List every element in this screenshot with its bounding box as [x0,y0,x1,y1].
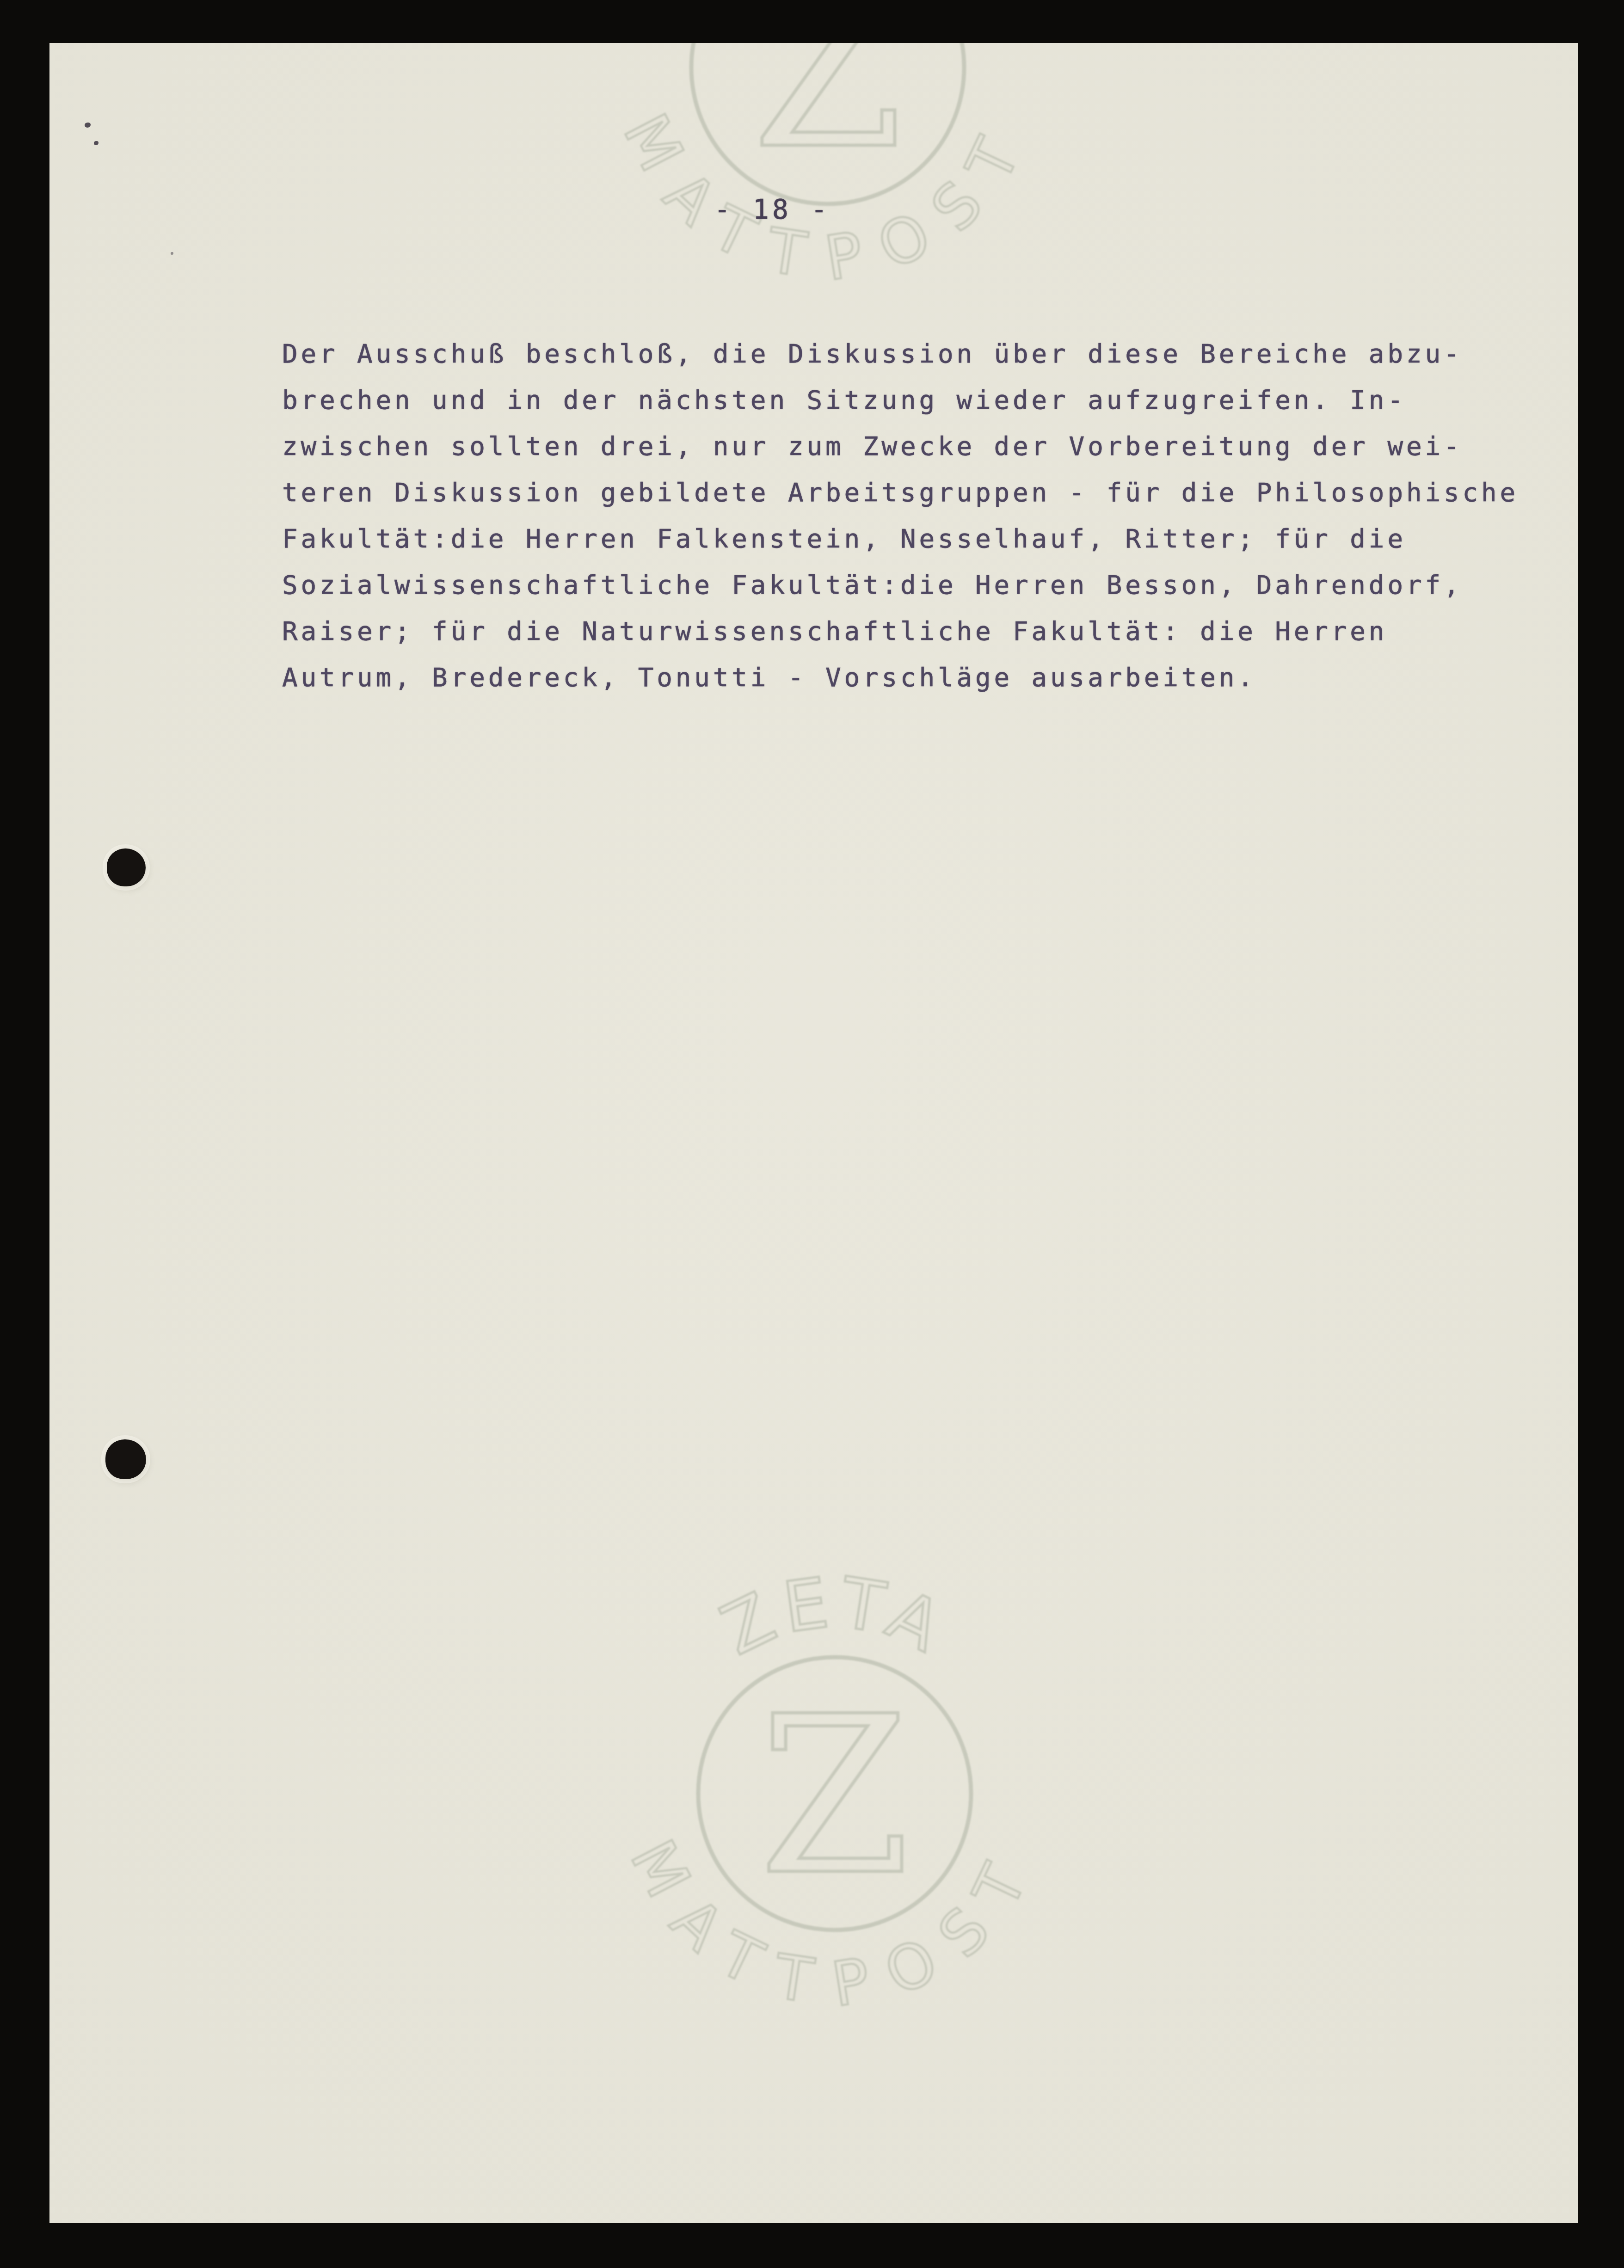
punch-hole-bottom [105,1439,146,1479]
page-number: - 18 - [634,194,911,225]
watermark-z-monogram: Z [759,1670,910,1923]
watermark-z-monogram: Z [752,43,904,197]
ink-speck [94,141,98,145]
document-page: ZETA Z MATTPOST ZETA Z MATTPOST - 18 - D… [49,43,1578,2223]
watermark-zeta-arc-text: ZETA [709,1562,960,1671]
scan-background: { "document": { "page_number": "- 18 -",… [0,0,1624,2268]
watermark-stamp-bottom: ZETA Z MATTPOST [534,1493,1135,2094]
typewritten-paragraph: Der Ausschuß beschloß, die Diskussion üb… [282,331,1558,701]
punch-hole-top [107,848,146,886]
ink-speck [171,252,173,255]
ink-speck [85,123,91,128]
